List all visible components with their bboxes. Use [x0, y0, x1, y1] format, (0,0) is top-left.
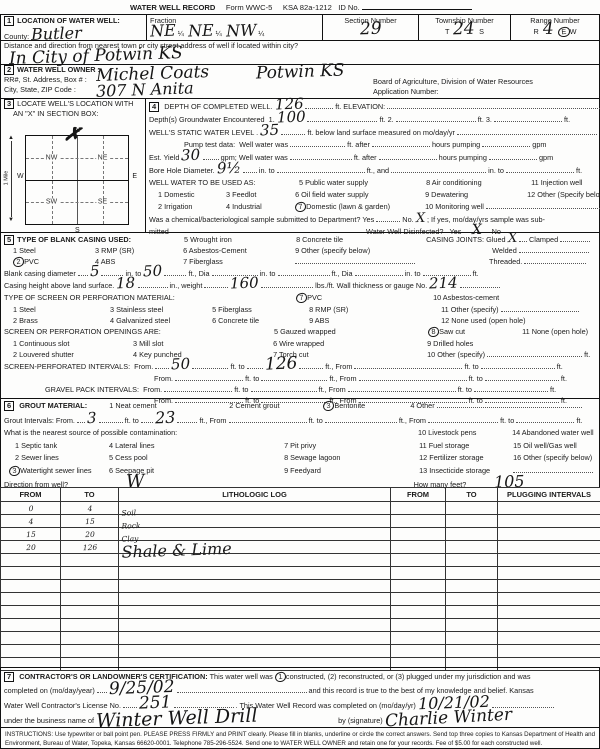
- log-from-value: 20: [0, 539, 60, 554]
- grout-option: 2 Cement grout: [229, 400, 321, 413]
- use-option: 10 Monitoring well: [425, 202, 484, 211]
- opening-option: 4 Key punched: [133, 349, 271, 360]
- instructions-line-1: INSTRUCTIONS: Use typewriter or ball poi…: [5, 730, 595, 739]
- unit-label: ft. to: [309, 416, 323, 425]
- screen-option: 8 RMP (SR): [309, 304, 439, 315]
- section-6-number: 6: [4, 401, 14, 411]
- depth-completed-label: DEPTH OF COMPLETED WELL.: [164, 102, 272, 111]
- gravel-pack-label: GRAVEL PACK INTERVALS:: [45, 385, 139, 394]
- dotted-blank: [164, 268, 186, 276]
- section-5-casing: 5TYPE OF BLANK CASING USED: 5 Wrought ir…: [0, 232, 600, 399]
- screen-option: 2 Brass: [13, 315, 108, 326]
- opening-option: 1 Continuous slot: [13, 338, 131, 349]
- dotted-blank: [138, 280, 168, 288]
- est-yield-handwritten: 30: [181, 151, 200, 161]
- casing-option: 1 Steel: [13, 245, 93, 256]
- casing-option: 6 Asbestos-Cement: [183, 245, 293, 256]
- screen-intervals-label: SCREEN-PERFORATED INTERVALS:: [4, 362, 130, 371]
- log-to-header: TO: [61, 488, 119, 502]
- west-label: W: [17, 173, 24, 180]
- dotted-blank: [177, 685, 307, 693]
- section-box-diagram: NW NE SW SE N S W E ✗: [25, 135, 129, 225]
- unit-label: ft. to: [464, 362, 478, 371]
- dotted-blank: [481, 361, 555, 369]
- unit-label: in. to: [260, 269, 276, 278]
- groundwater-label: Depth(s) Groundwater Encountered: [149, 115, 265, 124]
- screen-option: 4 Galvanized steel: [110, 315, 210, 326]
- dotted-blank: [281, 127, 305, 135]
- dotted-blank: [204, 280, 228, 288]
- dotted-blank: [379, 152, 437, 160]
- contamination-label: What is the nearest source of possible c…: [4, 427, 416, 440]
- signature-handwritten: Charlie Winter: [385, 711, 512, 727]
- use-option: 6 Oil field water supply: [295, 189, 423, 201]
- screen-option-7-circled: 7PVC: [296, 292, 431, 304]
- dotted-blank: [325, 415, 397, 423]
- contamination-option: 5 Cess pool: [109, 452, 282, 465]
- quarter-glyph: ¼: [216, 29, 222, 38]
- grout-from-handwritten: 3: [87, 413, 97, 422]
- quarter-glyph: ¼: [178, 29, 184, 38]
- casing-option: 4 ABS: [95, 256, 181, 267]
- dotted-blank: [229, 415, 307, 423]
- casing-option: 9 Other (specify below): [295, 245, 423, 256]
- dotted-blank: [141, 415, 153, 423]
- fraction-cell: Fraction NE ¼ NE ¼ NW ¼: [147, 15, 323, 40]
- unit-label: hours pumping: [432, 140, 480, 149]
- casing-option-2-circled: 2PVC: [13, 256, 93, 267]
- dotted-blank: [359, 373, 467, 381]
- log-to-value: 15: [60, 513, 118, 528]
- contamination-option: Watertight sewer lines: [20, 466, 92, 475]
- circled-3: 3: [323, 401, 335, 412]
- dotted-blank: [290, 152, 352, 160]
- arrow-down-icon: ▼: [8, 217, 14, 223]
- dotted-blank: [486, 201, 600, 209]
- unit-label: ft. after: [347, 140, 370, 149]
- clamped-label: Clamped: [529, 235, 558, 244]
- contamination-option: 16 Other (specify below): [513, 453, 592, 462]
- dotted-blank: [501, 304, 579, 312]
- ne-quadrant-label: NE: [96, 155, 110, 162]
- use-option: 8 Air conditioning: [426, 177, 529, 189]
- dotted-blank: [290, 139, 345, 147]
- use-option-7-circled: 7Domestic (lawn & garden): [295, 201, 423, 213]
- dotted-blank: [506, 165, 574, 173]
- range-r: R: [534, 27, 539, 36]
- center-horizontal-line: [26, 180, 128, 181]
- dotted-blank: [261, 280, 313, 288]
- screen-option: 11 Other (specify): [441, 305, 498, 314]
- dotted-blank: [516, 415, 574, 423]
- log-row-empty: [1, 593, 600, 606]
- casing-option: 3 RMP (SR): [95, 245, 181, 256]
- log-row-empty: [1, 619, 600, 632]
- unit-label: gpm: [532, 140, 546, 149]
- dotted-blank: [192, 361, 228, 369]
- form-header: WATER WELL RECORD Form WWC-5 KSA 82a-121…: [130, 2, 472, 12]
- business-name-handwritten: Winter Well Drill: [96, 709, 336, 726]
- casing-joints-label: CASING JOINTS: Glued: [426, 235, 505, 244]
- range-value-handwritten: 4: [543, 25, 554, 34]
- dotted-blank: [474, 384, 548, 392]
- id-blank-line: [362, 2, 472, 10]
- dotted-blank: [247, 361, 263, 369]
- dotted-blank: [482, 139, 530, 147]
- dotted-blank: [437, 400, 582, 408]
- dotted-blank: [307, 114, 377, 122]
- section-1-number: 1: [4, 16, 14, 26]
- dotted-blank: [391, 165, 486, 173]
- dotted-blank: [177, 415, 197, 423]
- gauge-handwritten: 214: [429, 279, 458, 289]
- contamination-option: 12 Fertilizer storage: [419, 452, 511, 465]
- casing-option: 5 Wrought iron: [184, 234, 294, 245]
- dotted-blank: [355, 268, 403, 276]
- unit-label: ft., From: [325, 362, 352, 371]
- casing-option: 8 Concrete tile: [296, 234, 424, 245]
- form-number: Form WWC-5: [226, 3, 272, 12]
- circled-1: 1: [274, 672, 286, 683]
- use-option: 3 Feedlot: [226, 189, 293, 201]
- quarter-line: [26, 158, 128, 159]
- contamination-option: 4 Lateral lines: [109, 440, 282, 453]
- section-7-number: 7: [4, 672, 14, 682]
- east-label: E: [132, 173, 137, 180]
- dotted-blank: [164, 384, 232, 392]
- dotted-blank: [428, 415, 498, 423]
- screen-option: 9 ABS: [309, 315, 439, 326]
- contamination-option: 15 Oil well/Gas well: [513, 441, 577, 450]
- owner-street-handwritten: 307 N Anita: [96, 80, 194, 99]
- opening-option: Saw cut: [439, 327, 465, 336]
- section-3-number: 3: [4, 99, 14, 109]
- unit-label: From.: [143, 385, 162, 394]
- section-4-depth: 4 DEPTH OF COMPLETED WELL. 126 ft. ELEVA…: [145, 98, 600, 233]
- locate-title-2: AN "X" IN SECTION BOX:: [1, 109, 145, 118]
- township-t: T: [445, 27, 449, 36]
- unit-label: ft.: [564, 115, 570, 124]
- grout-to-handwritten: 23: [155, 412, 176, 422]
- well-location-x-mark-handwritten: ✗: [63, 123, 82, 145]
- form-id-label: ID No.: [338, 3, 360, 12]
- use-option: 12 Other (Specify below): [527, 190, 600, 199]
- dotted-blank: [372, 139, 430, 147]
- dotted-blank: [123, 700, 137, 708]
- dotted-blank: [155, 361, 169, 369]
- dotted-blank: [78, 268, 88, 276]
- dotted-blank: [524, 256, 586, 264]
- contamination-option: 10 Livestock pens: [418, 427, 510, 440]
- chem-no-label: No.: [402, 215, 413, 224]
- casing-option: 7 Fiberglass: [183, 256, 293, 267]
- unit-label: ft.: [576, 166, 582, 175]
- log-row-empty: [1, 580, 600, 593]
- unit-label: ft. to: [234, 385, 248, 394]
- gw3-label: ft. 3.: [478, 115, 492, 124]
- swl-after-label: ft. below land surface measured on mo/da…: [307, 128, 455, 137]
- township-cell: Township Number T 24 S: [419, 15, 511, 40]
- arrow-up-icon: ▲: [8, 135, 14, 141]
- section-4-number: 4: [149, 102, 159, 112]
- contamination-option: 1 Septic tank: [15, 440, 107, 453]
- contamination-option: 11 Fuel storage: [419, 440, 511, 453]
- section-number-handwritten: 29: [360, 25, 382, 35]
- fraction-1-handwritten: NE: [150, 26, 176, 36]
- gw2-label: ft. 2.: [380, 115, 394, 124]
- dotted-blank: [348, 384, 456, 392]
- opening-option: 6 Wire wrapped: [273, 338, 425, 349]
- unit-label: ft. to: [469, 374, 483, 383]
- log-to-value: 4: [60, 500, 118, 515]
- screen-interval-to-handwritten: 126: [265, 359, 298, 369]
- section-1-location: 1LOCATION OF WATER WELL: County: Butler …: [0, 14, 600, 41]
- township-value-handwritten: 24: [453, 25, 475, 35]
- unit-label: ft.: [561, 374, 567, 383]
- section-3-locate: 3LOCATE WELL'S LOCATION WITH AN "X" IN S…: [0, 98, 146, 233]
- est-yield-label: Est. Yield: [149, 153, 179, 162]
- dotted-blank: [295, 256, 415, 264]
- log-row-empty: [1, 632, 600, 645]
- casing-depth-handwritten: 50: [143, 267, 162, 277]
- nw-quadrant-label: NW: [44, 155, 60, 162]
- circled-7: 7: [295, 202, 307, 213]
- dotted-blank: [460, 280, 500, 288]
- static-water-level-handwritten: 35: [260, 126, 279, 136]
- application-number-label: Application Number:: [373, 87, 439, 96]
- fraction-2-handwritten: NE: [188, 26, 214, 36]
- one-mile-label: 1 Mile: [3, 170, 9, 187]
- contamination-option: 8 Sewage lagoon: [284, 452, 417, 465]
- locate-title-1: LOCATE WELL'S LOCATION WITH: [17, 99, 133, 108]
- form-title: WATER WELL RECORD: [130, 3, 215, 12]
- circled-3: 3: [9, 465, 21, 476]
- license-label: Water Well Contractor's License No.: [4, 701, 121, 710]
- unit-label: ft.: [576, 416, 582, 425]
- log-row-empty: [1, 606, 600, 619]
- range-label: Range Number: [514, 16, 596, 25]
- chem-question-label: Was a chemical/bacteriological sample su…: [149, 215, 374, 224]
- grout-option: Bentonite: [334, 401, 365, 410]
- owner-city-label: City, State, ZIP Code :: [1, 85, 599, 95]
- section-7-certification: 7 CONTRACTOR'S OR LANDOWNER'S CERTIFICAT…: [0, 667, 600, 728]
- certification-text: This water well was: [210, 672, 273, 681]
- unit-label: ft. to: [458, 385, 472, 394]
- unit-label: lbs./ft. Wall thickness or gauge No.: [315, 281, 427, 290]
- instructions-footer: INSTRUCTIONS: Use typewriter or ball poi…: [0, 727, 600, 749]
- dotted-blank: [519, 234, 527, 242]
- section-number-cell: Section Number 29: [323, 15, 419, 40]
- screen-option: 12 None used (open hole): [441, 316, 525, 325]
- circled-7: 7: [296, 293, 308, 304]
- owner-title: WATER WELL OWNER :: [17, 65, 100, 74]
- contamination-option-3-circled: 3Watertight sewer lines: [9, 465, 107, 478]
- contamination-option: 14 Abandoned water well: [512, 428, 594, 437]
- screen-option: 10 Asbestos-cement: [433, 293, 499, 302]
- unit-label: hours pumping: [439, 153, 487, 162]
- county-cell: 1LOCATION OF WATER WELL: County: Butler: [1, 15, 147, 40]
- plugging-intervals-header: PLUGGING INTERVALS: [498, 488, 600, 502]
- range-west: W: [570, 27, 577, 36]
- lithologic-log-table: FROM TO LITHOLOGIC LOG FROM TO PLUGGING …: [0, 487, 600, 671]
- instructions-line-2: Environment, Bureau of Water, Topeka, Ka…: [5, 739, 595, 748]
- dotted-blank: [387, 101, 600, 109]
- opening-option: 2 Louvered shutter: [13, 349, 131, 360]
- unit-label: in. to: [405, 269, 421, 278]
- log-to-value: 20: [60, 526, 118, 541]
- unit-label: ft., From: [329, 374, 356, 383]
- use-option: 1 Domestic: [158, 189, 224, 201]
- section-2-number: 2: [4, 65, 14, 75]
- well-water-was-label: Well water was: [239, 140, 288, 149]
- bore-hole-label: Bore Hole Diameter.: [149, 166, 215, 175]
- unit-label: ft., From: [199, 416, 226, 425]
- completed-on-label: completed on (mo/day/year): [4, 686, 95, 695]
- dotted-blank: [261, 373, 327, 381]
- direction-handwritten: W: [126, 477, 145, 487]
- opening-option: 11 None (open hole): [522, 327, 588, 336]
- certification-text: constructed, (2) reconstructed, or (3) p…: [286, 672, 531, 681]
- casing-diameter-handwritten: 5: [90, 267, 100, 276]
- dotted-blank: [494, 114, 562, 122]
- unit-label: ft., From: [399, 416, 426, 425]
- plug-to-header: TO: [446, 488, 498, 502]
- dotted-blank: [457, 127, 597, 135]
- unit-label: in., weight: [170, 281, 203, 290]
- fraction-3-handwritten: NW: [226, 25, 257, 35]
- circled-2: 2: [13, 257, 25, 268]
- plug-from-header: FROM: [391, 488, 446, 502]
- casing-title: TYPE OF BLANK CASING USED:: [17, 235, 131, 244]
- screen-interval-from-handwritten: 50: [171, 360, 190, 370]
- range-east-circled: E: [557, 27, 570, 38]
- grout-intervals-label: Grout Intervals: From.: [4, 416, 75, 425]
- use-option: 2 Irrigation: [158, 201, 224, 213]
- screen-option: 1 Steel: [13, 304, 108, 315]
- sw-quadrant-label: SW: [44, 199, 59, 206]
- use-option: Domestic (lawn & garden): [306, 202, 390, 211]
- casing-option: PVC: [24, 257, 39, 266]
- log-row-empty: [1, 554, 600, 567]
- water-well-record-form: WATER WELL RECORD Form WWC-5 KSA 82a-121…: [0, 0, 600, 749]
- opening-option: 9 Drilled holes: [427, 339, 473, 348]
- quarter-glyph: ¼: [258, 29, 264, 38]
- township-s: S: [479, 27, 484, 36]
- unit-label: From.: [154, 374, 173, 383]
- screen-option: 6 Concrete tile: [212, 315, 307, 326]
- dotted-blank: [305, 101, 333, 109]
- unit-label: ft. after: [354, 153, 377, 162]
- use-option: 4 Industrial: [226, 201, 293, 213]
- dotted-blank: [519, 245, 589, 253]
- unit-label: ft., From: [319, 385, 346, 394]
- unit-label: ft., Dia: [188, 269, 209, 278]
- unit-label: ft., and: [367, 166, 389, 175]
- welded-label: Welded: [492, 246, 517, 255]
- circled-8: 8: [428, 327, 440, 338]
- contamination-option: 7 Pit privy: [284, 440, 417, 453]
- dotted-blank: [487, 349, 582, 357]
- screen-option: 3 Stainless steel: [110, 304, 210, 315]
- contamination-option: 2 Sewer lines: [15, 452, 107, 465]
- threaded-label: Threaded.: [489, 257, 522, 266]
- unit-label: ft.: [473, 269, 479, 278]
- contamination-option: 9 Feedyard: [284, 465, 417, 478]
- use-option: 5 Public water supply: [299, 177, 424, 189]
- unit-label: ft. to: [230, 362, 244, 371]
- casing-height-label: Casing height above land surface.: [4, 281, 114, 290]
- screen-option: 5 Fiberglass: [212, 304, 307, 315]
- chem-no-x-handwritten: X: [416, 214, 426, 223]
- opening-option-8-circled: 8Saw cut: [428, 326, 520, 338]
- bore-hole-handwritten: 9½: [217, 164, 241, 174]
- dotted-blank: [489, 152, 537, 160]
- unit-label: ft.: [584, 350, 590, 359]
- dotted-blank: [277, 165, 365, 173]
- grout-option-3-circled: 3Bentonite: [323, 400, 408, 413]
- dotted-blank: [251, 384, 317, 392]
- board-of-agriculture-label: Board of Agriculture, Division of Water …: [373, 77, 533, 86]
- log-row-empty: [1, 645, 600, 658]
- quarter-line: [26, 202, 128, 203]
- blank-casing-diameter-label: Blank casing diameter: [4, 269, 76, 278]
- unit-label: ft.: [557, 362, 563, 371]
- dotted-blank: [376, 214, 400, 222]
- grout-option: 4 Other: [410, 401, 434, 410]
- se-quadrant-label: SE: [96, 199, 109, 206]
- use-option: 9 Dewatering: [425, 189, 525, 201]
- use-label: WELL WATER TO BE USED AS:: [149, 177, 297, 189]
- signature-label: by (signature): [338, 716, 383, 725]
- screen-material-title: TYPE OF SCREEN OR PERFORATION MATERIAL:: [4, 292, 294, 304]
- openings-title: SCREEN OR PERFORATION OPENINGS ARE:: [4, 326, 272, 338]
- county-value-handwritten: Butler: [31, 28, 82, 39]
- unit-label: in. to: [488, 166, 504, 175]
- unit-label: ft. to: [125, 416, 139, 425]
- form-statute: KSA 82a-1212: [283, 3, 332, 12]
- opening-option: 3 Mill slot: [133, 338, 271, 349]
- section-5-number: 5: [4, 235, 14, 245]
- dotted-blank: [278, 268, 330, 276]
- unit-label: gpm: [539, 153, 553, 162]
- dotted-blank: [485, 373, 559, 381]
- log-from-header: FROM: [1, 488, 61, 502]
- dotted-blank: [396, 114, 476, 122]
- dotted-blank: [243, 165, 257, 173]
- range-cell: Range Number R 4 EW: [511, 15, 599, 40]
- dotted-blank: [560, 234, 590, 242]
- log-row: 20 126 Shale & Lime: [1, 541, 600, 554]
- casing-weight-handwritten: 160: [230, 279, 259, 289]
- screen-option: PVC: [307, 293, 322, 302]
- unit-label: ft. to: [500, 416, 514, 425]
- unit-label: ft. to: [245, 374, 259, 383]
- groundwater-depth-1-handwritten: 100: [277, 113, 306, 123]
- opening-option: 5 Gauzed wrapped: [274, 326, 426, 338]
- dotted-blank: [77, 415, 85, 423]
- unit-label: ft., Dia: [332, 269, 353, 278]
- unit-label: in. to: [259, 166, 275, 175]
- dotted-blank: [175, 373, 243, 381]
- unit-label: From.: [134, 362, 153, 371]
- business-name-label: under the business name of: [4, 716, 94, 725]
- dotted-blank: [354, 361, 462, 369]
- dotted-blank: [299, 361, 323, 369]
- dotted-blank: [97, 685, 107, 693]
- static-water-level-label: WELL'S STATIC WATER LEVEL .: [149, 128, 258, 137]
- log-to-value: 126: [60, 539, 118, 554]
- dotted-blank: [99, 415, 123, 423]
